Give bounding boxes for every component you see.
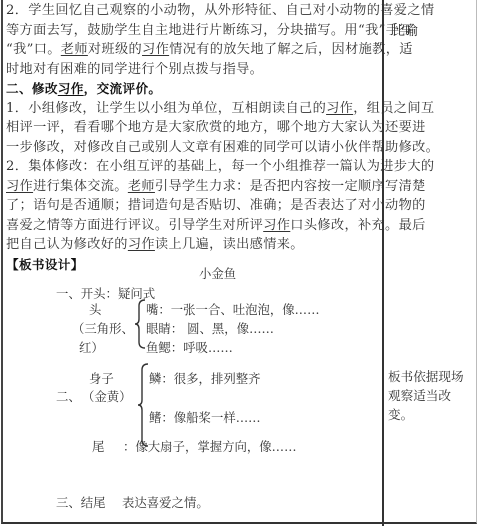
text: 引导学生力求：是否把内容按一定顺序写清楚 (155, 179, 426, 194)
body-item-scales: 鳞：很多，排列整齐 (149, 369, 261, 387)
head-item-eyes: 眼睛： 圆、黑，像…… (146, 319, 274, 337)
step2-line-2: 习作进行集体交流。老师引导学生力求：是否把内容按一定顺序写清楚 (6, 177, 378, 197)
head-label: 头 (89, 300, 101, 318)
head-sub2: 红） (79, 338, 104, 356)
body-label: 身子 (89, 369, 114, 387)
step1-line-1: 1．小组修改，让学生以小组为单位，互相朗读自己的习作，组员之间互 (6, 99, 378, 119)
teacher-link[interactable]: 老师 (61, 42, 88, 57)
column-divider (382, 0, 384, 526)
lesson-content: 2．学生回忆自己观察的小动物，从外形特征、自己对小动物的喜爱之情 等方面去写，鼓… (6, 1, 378, 274)
step2-line-5: 把自己认为修改好的习作读上几遍，读出感情来。 (6, 235, 378, 255)
step2-line-4: 喜爱之情等方面进行评议。引导学生对所评习作口头修改，补充。最后 (6, 216, 378, 236)
board-title: 小金鱼 (199, 264, 236, 282)
board-part3-label: 三、结尾 (56, 493, 106, 511)
head-brace-icon (133, 298, 147, 350)
tail-text: ：像大扇子，掌握方向，像…… (123, 437, 296, 455)
body-sub: （金黄） (82, 387, 132, 405)
tail-label: 尾 (92, 437, 104, 455)
composition-link[interactable]: 习作 (263, 218, 290, 233)
text: 二、修改 (6, 81, 58, 96)
para1-line-2: 等方面去写，鼓励学生自主地进行片断练习，分块描写。用“我”手写 (6, 21, 378, 41)
text: 1．小组修改，让学生以小组为单位，互相朗读自己的 (6, 101, 326, 116)
step1-line-2: 相评一评，看看哪个地方是大家欣赏的地方，哪个地方大家认为还要进 (6, 118, 378, 138)
para1-line-3: “我”口。老师对班级的习作情况有的放矢地了解之后，因材施教，适 (6, 40, 378, 60)
board-part3-text: 表达喜爱之情。 (122, 493, 209, 511)
board-design-heading: 【板书设计】 (6, 255, 378, 275)
body-brace-icon (136, 362, 150, 448)
body-item-fins: 鳍：像船桨一样…… (149, 408, 261, 426)
text: 对班级的 (88, 42, 142, 57)
section2-heading: 二、修改习作，交流评价。 (6, 79, 378, 99)
text: 情况有的放矢地了解之后，因材施教，适 (169, 42, 413, 57)
step2-line-1: 2．集体修改：在小组互评的基础上，每一个小组推荐一篇认为进步大的 (6, 157, 378, 177)
board-note: 板书依据现场观察适当改变。 (388, 367, 472, 424)
head-item-mouth: 嘴：一张一合、吐泡泡，像…… (146, 300, 319, 318)
para1-line-4: 时地对有困难的同学进行个别点拨与指导。 (6, 60, 378, 80)
rhetoric-label: 比喻 (392, 20, 418, 39)
text: 进行集体交流。 (33, 179, 128, 194)
head-sub1: （三角形、 (72, 319, 134, 337)
composition-link[interactable]: 习作 (326, 101, 353, 116)
text: 把自己认为修改好的 (6, 237, 128, 252)
board-part2-prefix: 二、 (56, 387, 81, 405)
teacher-link[interactable]: 老师 (128, 179, 155, 194)
text: 读上几遍，读出感情来。 (155, 237, 304, 252)
composition-link[interactable]: 习作 (58, 81, 84, 96)
text: ，组员之间互 (353, 101, 434, 116)
text: 口头修改，补充。最后 (290, 218, 425, 233)
step2-line-3: 了；语句是否通顺；措词造句是否贴切、准确；是否表达了对小动物的 (6, 196, 378, 216)
composition-link[interactable]: 习作 (142, 42, 169, 57)
composition-link[interactable]: 习作 (128, 237, 155, 252)
text: 喜爱之情等方面进行评议。引导学生对所评 (6, 218, 263, 233)
text: ，交流评价。 (84, 81, 162, 96)
para1-line-1: 2．学生回忆自己观察的小动物，从外形特征、自己对小动物的喜爱之情 (6, 1, 378, 21)
composition-link[interactable]: 习作 (6, 179, 33, 194)
step1-line-3: 一步修改，对修改自己或别人文章有困难的同学可以请小伙伴帮助修改。 (6, 138, 378, 158)
head-item-gills: 鱼鳃：呼吸…… (146, 338, 233, 356)
text: “我”口。 (6, 42, 61, 57)
